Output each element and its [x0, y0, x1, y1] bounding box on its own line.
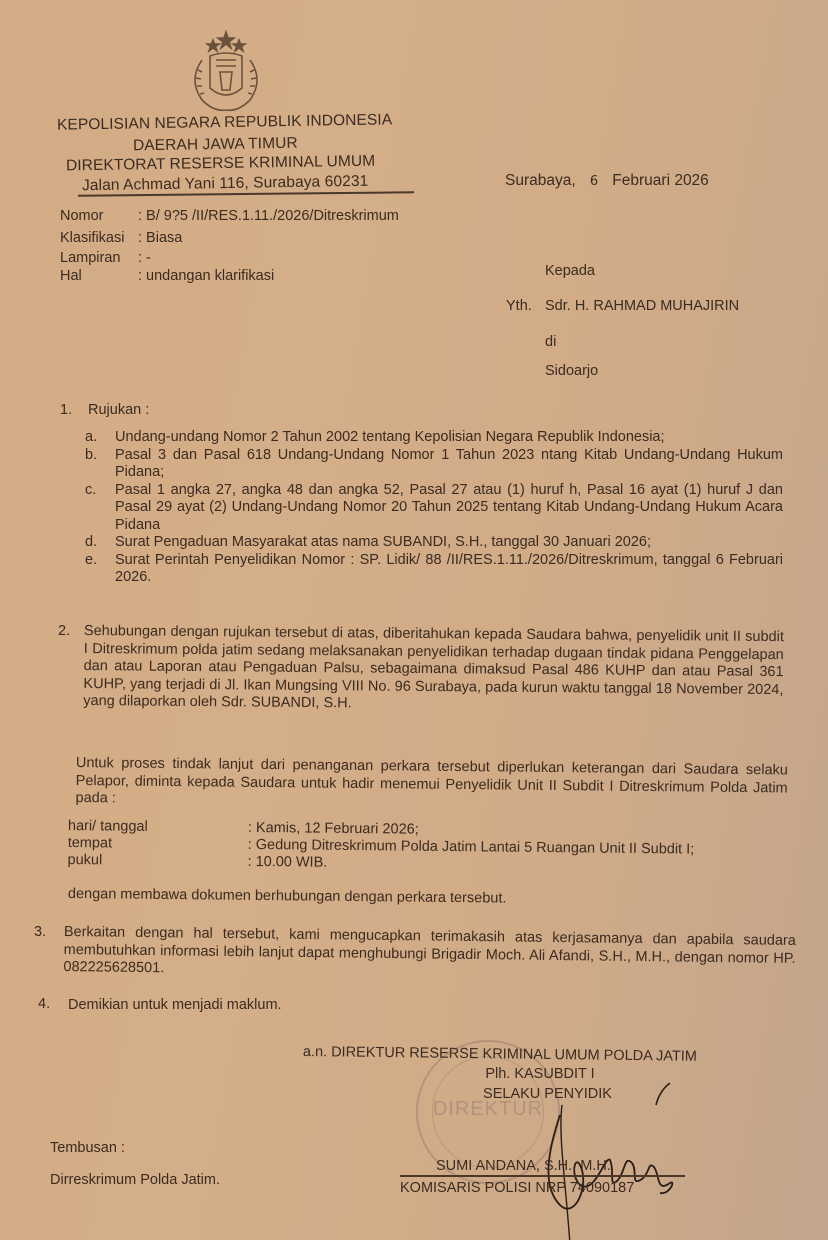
schedule-key: hari/ tanggal: [68, 818, 248, 837]
institution-name: KEPOLISIAN NEGARA REPUBLIK INDONESIA: [57, 111, 392, 134]
meta-nomor: Nomor: B/ 9?5 /II/RES.1.11./2026/Ditresk…: [60, 208, 399, 224]
rujukan-item: b. Pasal 3 dan Pasal 618 Undang-Undang N…: [85, 447, 783, 482]
date-month-year: Februari 2026: [612, 172, 709, 189]
meta-label: Lampiran: [60, 250, 138, 266]
section2-paragraph2: Untuk proses tindak lanjut dari penangan…: [75, 755, 788, 815]
rujukan-text: Surat Pengaduan Masyarakat atas nama SUB…: [115, 534, 783, 552]
rujukan-text: Pasal 3 dan Pasal 618 Undang-Undang Nomo…: [115, 447, 783, 482]
rujukan-text: Pasal 1 angka 27, angka 48 dan angka 52,…: [115, 482, 783, 535]
signature-on-behalf: a.n. DIREKTUR RESERSE KRIMINAL UMUM POLD…: [303, 1044, 697, 1065]
rujukan-marker: a.: [85, 429, 115, 447]
region-name: DAERAH JAWA TIMUR: [133, 135, 298, 156]
rujukan-text: Undang-undang Nomor 2 Tahun 2002 tentang…: [115, 429, 783, 447]
rujukan-item: a. Undang-undang Nomor 2 Tahun 2002 tent…: [85, 429, 783, 447]
section3-number: 3.: [34, 924, 46, 942]
section2-closing: dengan membawa dokumen berhubungan denga…: [68, 886, 507, 908]
section2-number: 2.: [58, 623, 70, 641]
meta-hal: Hal: undangan klarifikasi: [60, 268, 274, 284]
meta-label: Klasifikasi: [60, 230, 138, 246]
schedule-value: : 10.00 WIB.: [247, 854, 327, 872]
rujukan-text: Surat Perintah Penyelidikan Nomor : SP. …: [115, 552, 783, 587]
schedule-key: pukul: [67, 852, 247, 871]
cc-label: Tembusan :: [50, 1140, 125, 1158]
signatory-rank-nrp: KOMISARIS POLISI NRP 74090187: [400, 1180, 634, 1196]
rujukan-marker: e.: [85, 552, 115, 587]
meta-value: : -: [138, 250, 151, 266]
section3-text: Berkaitan dengan hal tersebut, kami meng…: [63, 924, 796, 985]
section4-text: Demikian untuk menjadi maklum.: [68, 997, 282, 1015]
date-city: Surabaya,: [505, 172, 576, 189]
rujukan-marker: c.: [85, 482, 115, 535]
date-day: 6: [580, 174, 608, 189]
signatory-name: SUMI ANDANA, S.H., M.H.: [436, 1158, 611, 1174]
recipient-name: Sdr. H. RAHMAD MUHAJIRIN: [545, 298, 739, 314]
meta-label: Nomor: [60, 208, 138, 224]
recipient-yth: Yth.: [506, 298, 532, 314]
rujukan-item: e. Surat Perintah Penyelidikan Nomor : S…: [85, 552, 783, 587]
rujukan-marker: d.: [85, 534, 115, 552]
meta-lampiran: Lampiran: -: [60, 250, 151, 266]
meta-value: : B/ 9?5 /II/RES.1.11./2026/Ditreskrimum: [138, 208, 399, 224]
recipient-kepada: Kepada: [545, 263, 595, 279]
meta-value: : Biasa: [138, 230, 182, 246]
section1-title: Rujukan :: [88, 402, 149, 420]
directorate-name: DIREKTORAT RESERSE KRIMINAL UMUM: [66, 153, 375, 176]
rujukan-item: d. Surat Pengaduan Masyarakat atas nama …: [85, 534, 783, 552]
meta-label: Hal: [60, 268, 138, 284]
schedule-table: hari/ tanggal : Kamis, 12 Februari 2026;…: [67, 818, 787, 877]
rujukan-item: c. Pasal 1 angka 27, angka 48 dan angka …: [85, 482, 783, 535]
section1-number: 1.: [60, 402, 72, 420]
meta-klasifikasi: Klasifikasi: Biasa: [60, 230, 182, 246]
recipient-city: Sidoarjo: [545, 363, 598, 379]
schedule-value: : Kamis, 12 Februari 2026;: [248, 820, 419, 839]
section4-number: 4.: [38, 996, 50, 1014]
schedule-key: tempat: [68, 835, 248, 854]
cc-recipient: Dirreskrimum Polda Jatim.: [50, 1172, 220, 1190]
rujukan-marker: b.: [85, 447, 115, 482]
section2-paragraph1: Sehubungan dengan rujukan tersebut di at…: [83, 623, 784, 717]
police-emblem-icon: [180, 30, 272, 116]
rujukan-list: a. Undang-undang Nomor 2 Tahun 2002 tent…: [85, 429, 783, 587]
meta-value: : undangan klarifikasi: [138, 268, 274, 284]
place-date: Surabaya, 6 Februari 2026: [505, 172, 709, 190]
signature-divider: [400, 1175, 685, 1177]
letter-page: KEPOLISIAN NEGARA REPUBLIK INDONESIA DAE…: [0, 0, 828, 1240]
recipient-di: di: [545, 334, 556, 350]
